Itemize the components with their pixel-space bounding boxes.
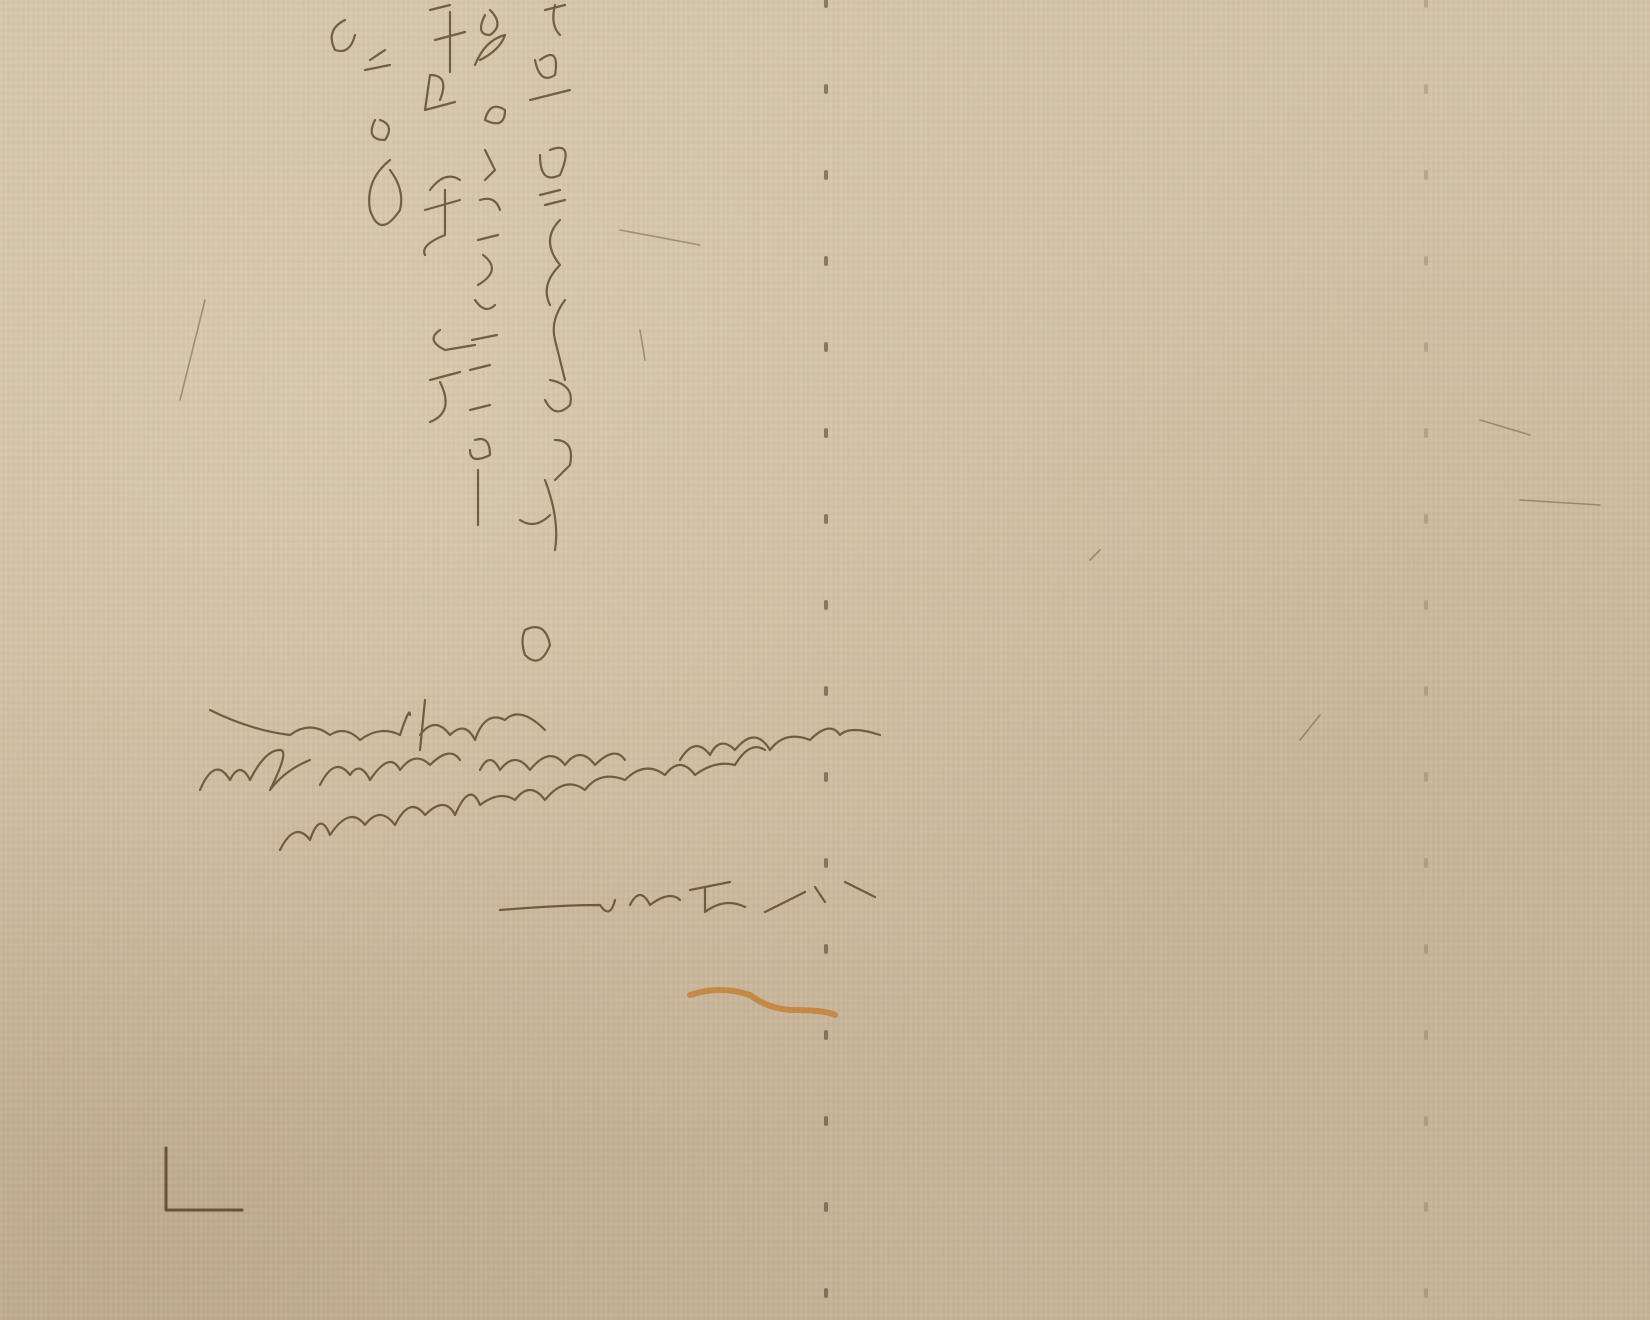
vertical-script: [332, 5, 571, 661]
stain: [690, 990, 835, 1015]
faint-marks: [180, 230, 1600, 740]
horizontal-script: [200, 700, 880, 912]
manuscript-page: Aged paper with mirrored, faint handwrit…: [0, 0, 1650, 1320]
corner-mark: [166, 1148, 242, 1210]
fold-line: [826, 0, 1426, 1320]
ink-layer: [0, 0, 1650, 1320]
